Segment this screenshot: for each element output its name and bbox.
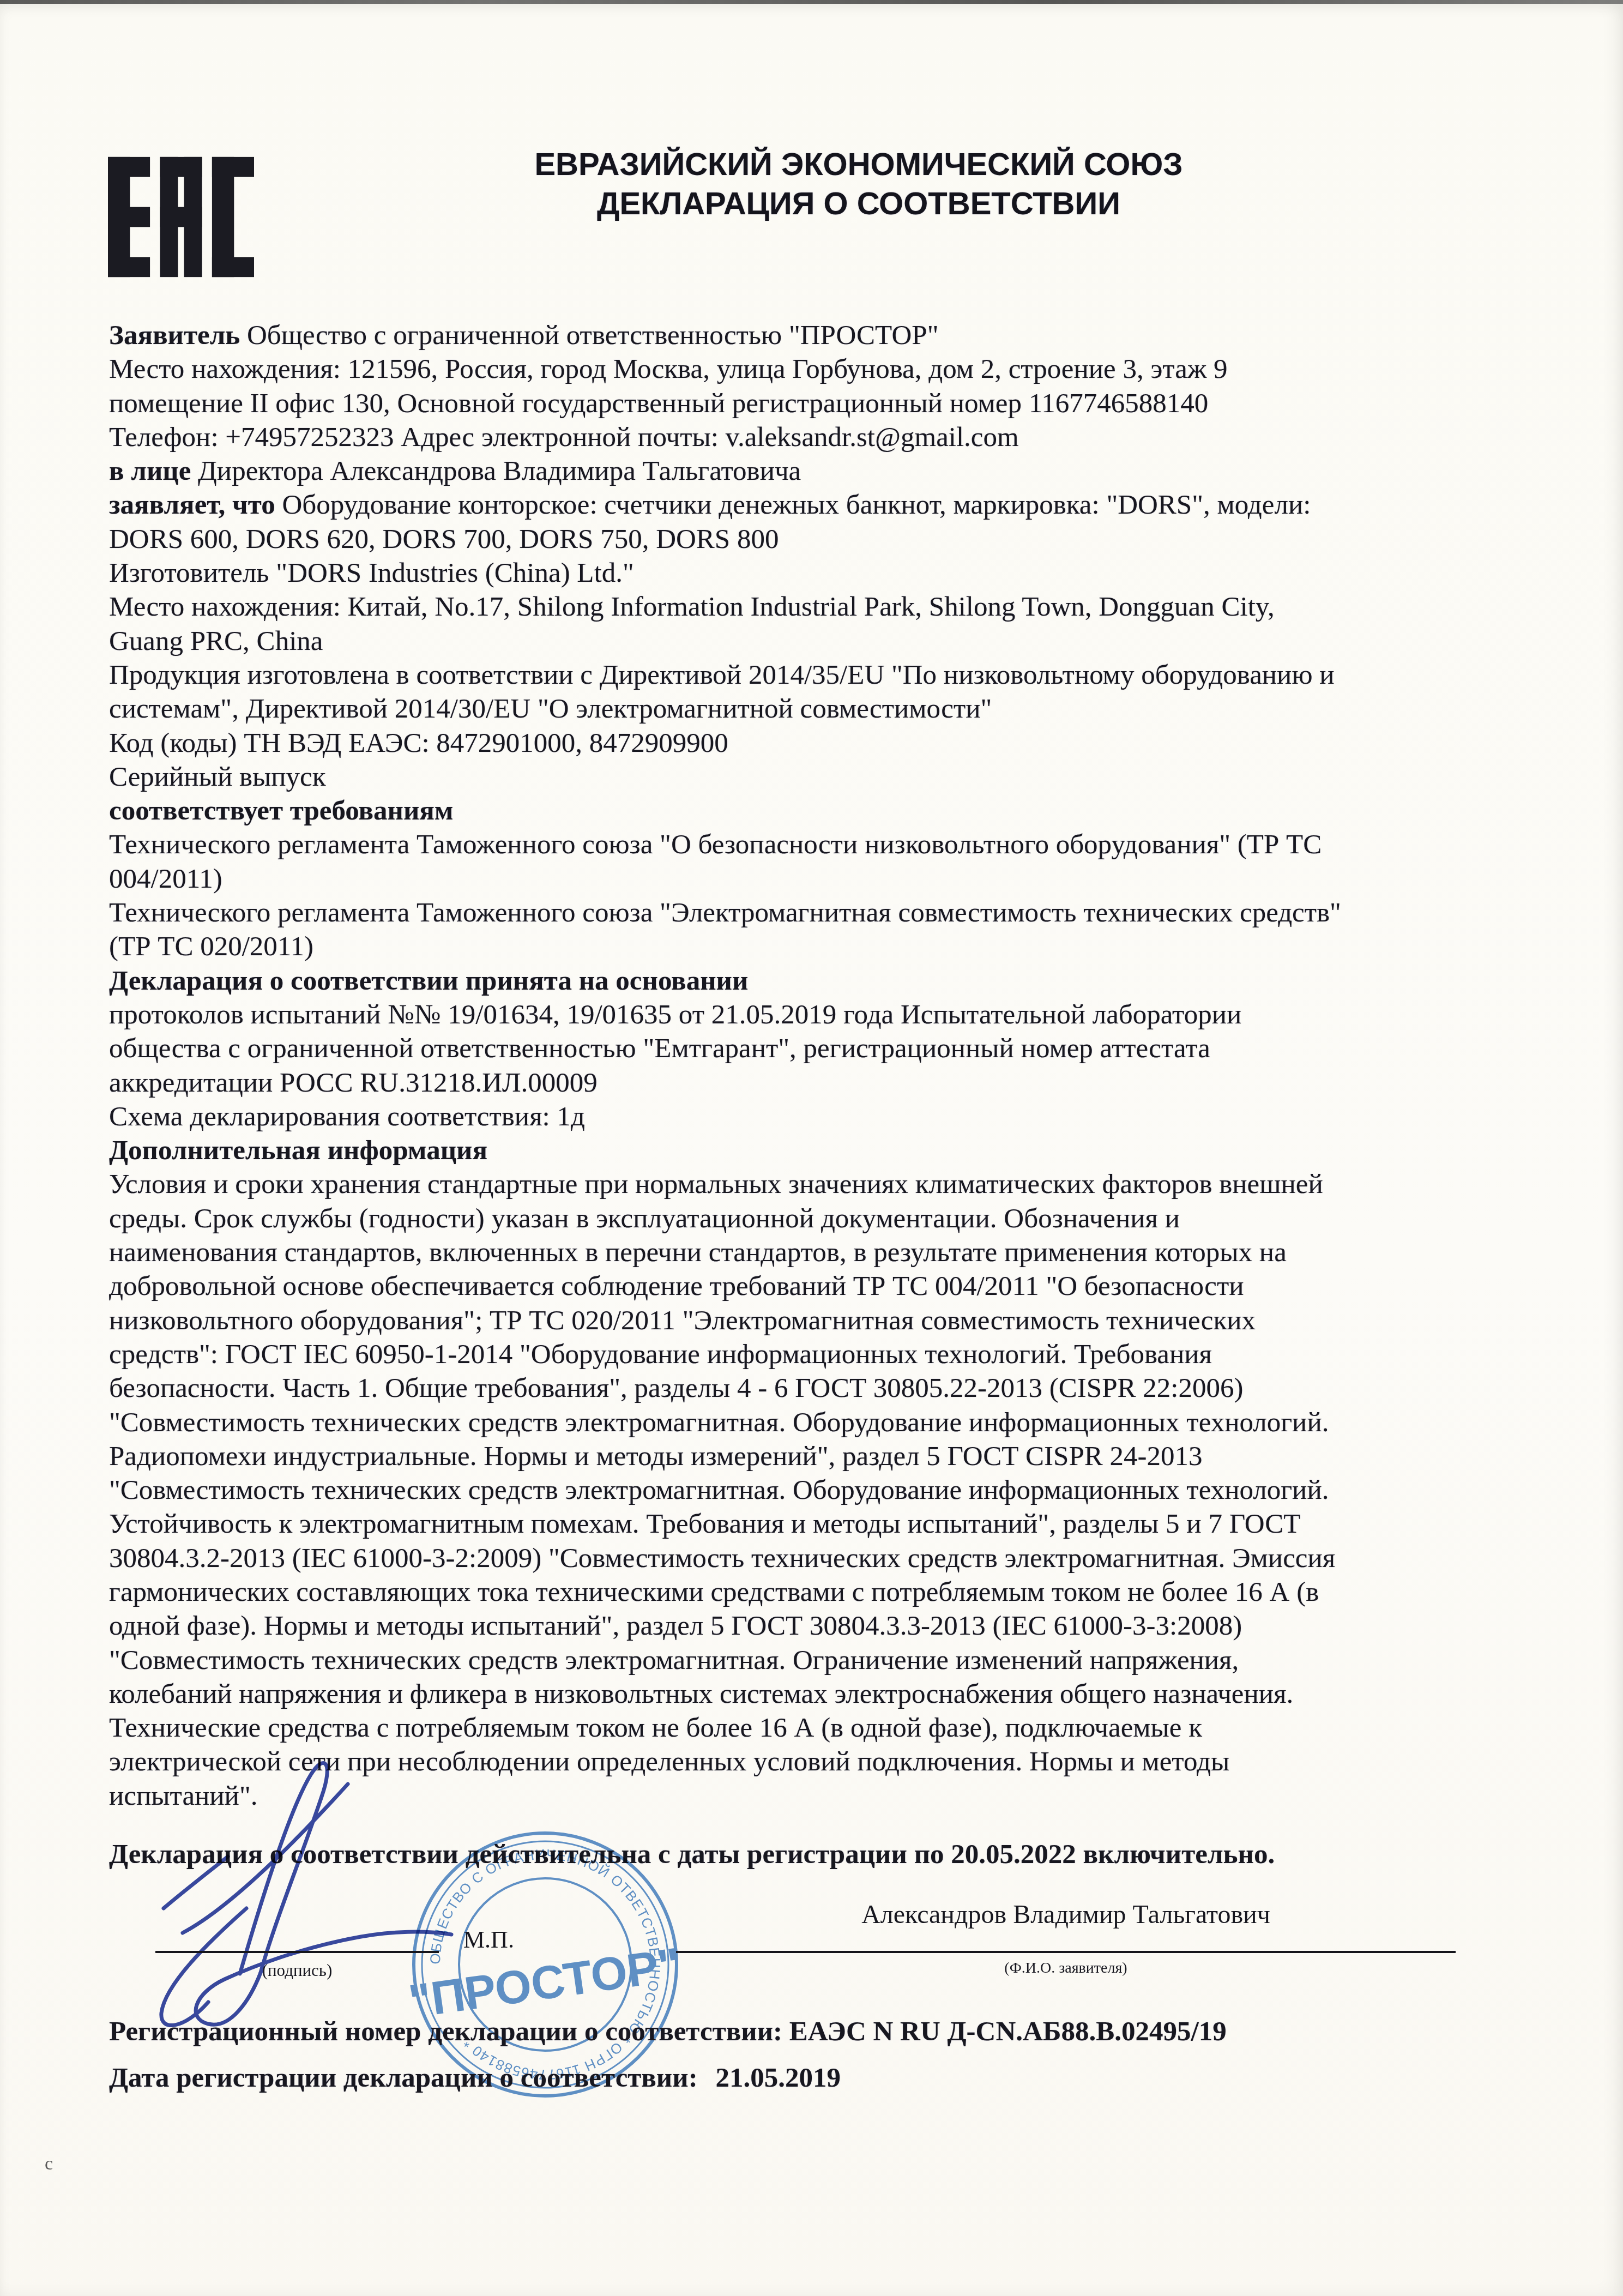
registration-number-value: ЕАЭС N RU Д-CN.АБ88.В.02495/19	[789, 2016, 1227, 2047]
text-line: Телефон: +74957252323 Адрес электронной …	[109, 420, 1559, 454]
text-line: Код (коды) ТН ВЭД ЕАЭС: 8472901000, 8472…	[109, 726, 1559, 760]
text-line: безопасности. Часть 1. Общие требования"…	[109, 1371, 1559, 1405]
declarant-name-caption: (Ф.И.О. заявителя)	[676, 1960, 1456, 1977]
text-line: колебаний напряжения и фликера в низково…	[109, 1677, 1559, 1711]
declaration-page: ЕВРАЗИЙСКИЙ ЭКОНОМИЧЕСКИЙ СОЮЗ ДЕКЛАРАЦИ…	[0, 0, 1623, 2296]
text-line: среды. Срок службы (годности) указан в э…	[109, 1202, 1559, 1236]
title-line-union: ЕВРАЗИЙСКИЙ ЭКОНОМИЧЕСКИЙ СОЮЗ	[109, 145, 1608, 184]
text-line: Изготовитель "DORS Industries (China) Lt…	[109, 556, 1559, 590]
text-line: Технического регламента Таможенного союз…	[109, 896, 1559, 930]
stamp-place-label: М.П.	[463, 1926, 514, 1954]
text-line: "Совместимость технических средств элект…	[109, 1406, 1559, 1439]
text-line: аккредитации РОСС RU.31218.ИЛ.00009	[109, 1066, 1559, 1100]
text-line: Место нахождения: 121596, Россия, город …	[109, 352, 1559, 386]
text-line: соответствует требованиям	[109, 794, 1559, 828]
declarant-name-line	[676, 1951, 1456, 1953]
document-title: ЕВРАЗИЙСКИЙ ЭКОНОМИЧЕСКИЙ СОЮЗ ДЕКЛАРАЦИ…	[109, 145, 1608, 224]
text-line: низковольтного оборудования"; ТР ТС 020/…	[109, 1304, 1559, 1337]
text-line: Заявитель Общество с ограниченной ответс…	[109, 318, 1559, 352]
text-line: Схема декларирования соответствия: 1д	[109, 1100, 1559, 1134]
text-line: (ТР ТС 020/2011)	[109, 930, 1559, 963]
title-line-declaration: ДЕКЛАРАЦИЯ О СООТВЕТСТВИИ	[109, 184, 1608, 224]
text-line: Серийный выпуск	[109, 760, 1559, 794]
document-body: Заявитель Общество с ограниченной ответс…	[109, 318, 1559, 1813]
text-line: общества с ограниченной ответственностью…	[109, 1032, 1559, 1065]
declarant-name: Александров Владимир Тальгатович	[676, 1900, 1456, 1930]
text-line: Декларация о соответствии принята на осн…	[109, 964, 1559, 998]
text-line: Продукция изготовлена в соответствии с Д…	[109, 658, 1559, 692]
text-line: добровольной основе обеспечивается соблю…	[109, 1269, 1559, 1303]
text-line: помещение II офис 130, Основной государс…	[109, 387, 1559, 420]
text-line: средств": ГОСТ IEC 60950-1-2014 "Оборудо…	[109, 1337, 1559, 1371]
text-line: Дополнительная информация	[109, 1134, 1559, 1167]
registration-date-line: Дата регистрации декларации о соответств…	[109, 2062, 841, 2094]
scan-artifact: c	[45, 2154, 53, 2174]
text-line: 004/2011)	[109, 862, 1559, 896]
text-line: системам", Директивой 2014/30/EU "О элек…	[109, 692, 1559, 726]
text-line: Устойчивость к электромагнитным помехам.…	[109, 1507, 1559, 1541]
text-line: Технические средства с потребляемым токо…	[109, 1711, 1559, 1745]
text-line: Guang PRC, China	[109, 624, 1559, 658]
text-line: наименования стандартов, включенных в пе…	[109, 1236, 1559, 1269]
registration-number-line: Регистрационный номер декларации о соотв…	[109, 2016, 1227, 2047]
text-line: Радиопомехи индустриальные. Нормы и мето…	[109, 1439, 1559, 1473]
registration-number-label: Регистрационный номер декларации о соотв…	[109, 2016, 782, 2047]
text-line: заявляет, что Оборудование конторское: с…	[109, 488, 1559, 522]
registration-date-label: Дата регистрации декларации о соответств…	[109, 2063, 698, 2093]
text-line: одной фазе). Нормы и методы испытаний", …	[109, 1609, 1559, 1643]
registration-date-value: 21.05.2019	[715, 2063, 841, 2093]
text-line: Условия и сроки хранения стандартные при…	[109, 1167, 1559, 1201]
text-line: в лице Директора Александрова Владимира …	[109, 454, 1559, 488]
text-line: DORS 600, DORS 620, DORS 700, DORS 750, …	[109, 522, 1559, 556]
text-line: протоколов испытаний №№ 19/01634, 19/016…	[109, 998, 1559, 1032]
text-line: Технического регламента Таможенного союз…	[109, 828, 1559, 861]
text-line: "Совместимость технических средств элект…	[109, 1643, 1559, 1677]
signature-caption: (подпись)	[155, 1961, 439, 1980]
text-line: Место нахождения: Китай, No.17, Shilong …	[109, 590, 1559, 624]
text-line: гармонических составляющих тока техничес…	[109, 1575, 1559, 1609]
scan-edge	[0, 0, 1623, 4]
text-line: 30804.3.2-2013 (IEC 61000-3-2:2009) "Сов…	[109, 1541, 1559, 1575]
signature-line	[155, 1951, 439, 1953]
text-line: "Совместимость технических средств элект…	[109, 1473, 1559, 1507]
